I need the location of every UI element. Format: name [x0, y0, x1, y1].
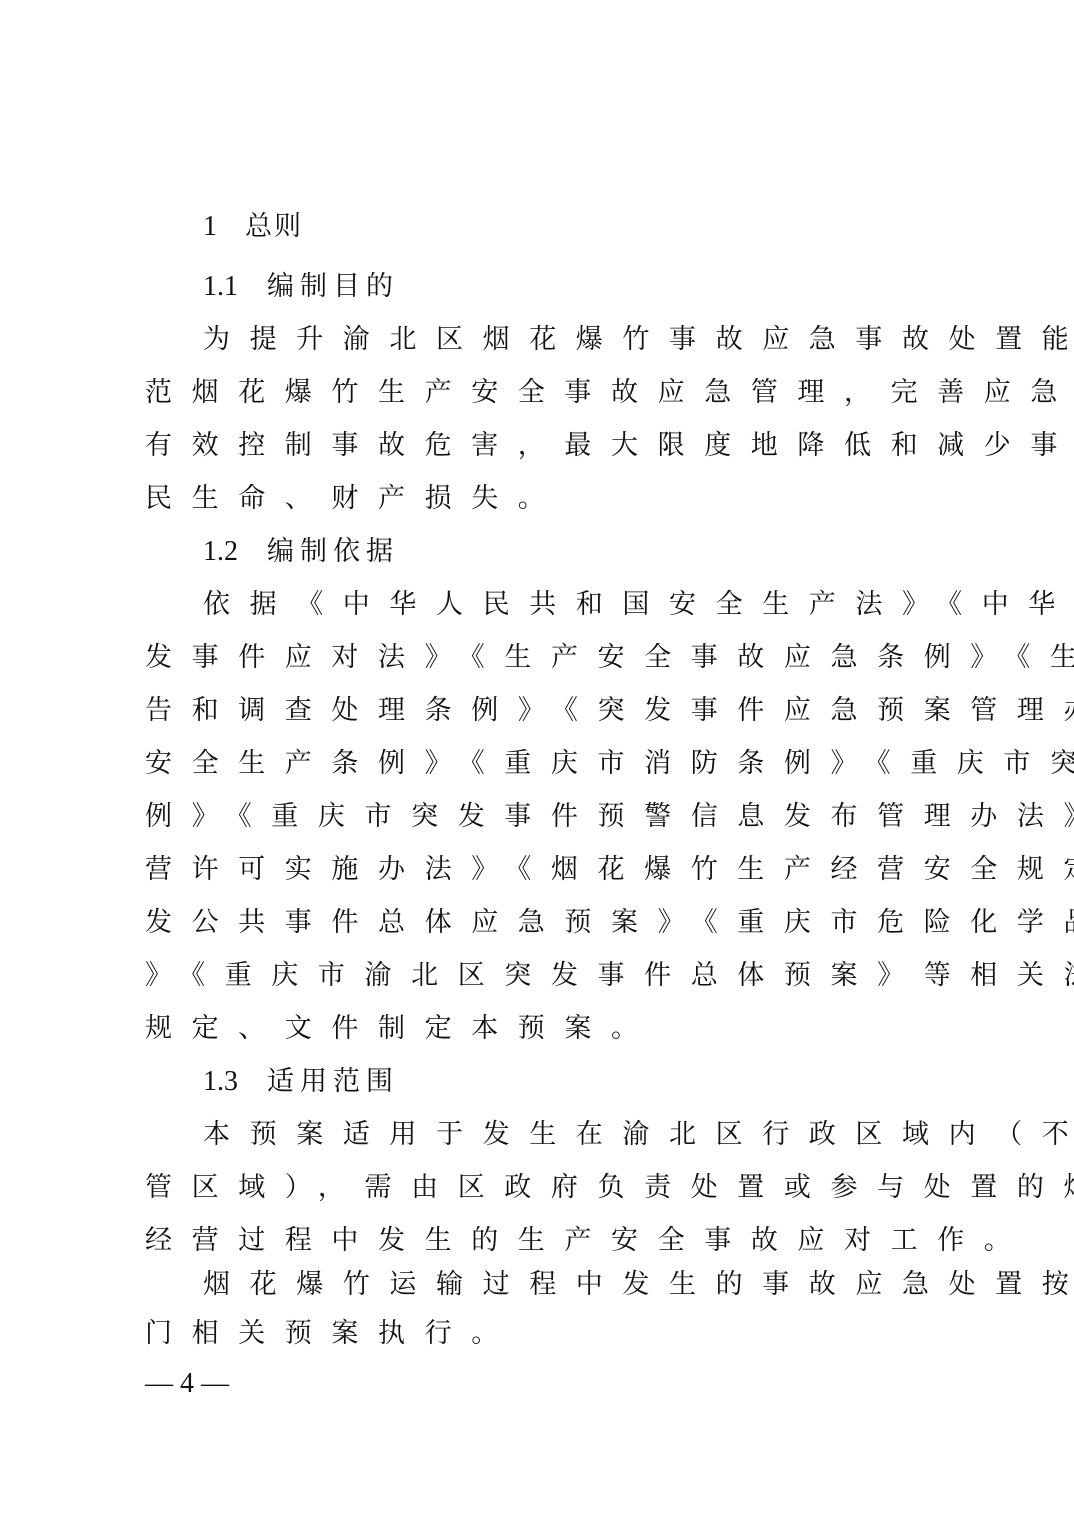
paragraph-line: 发公共事件总体应急预案》《重庆市危险化学品事故应急预案	[145, 903, 945, 943]
section-number: 1.2	[203, 532, 267, 572]
paragraph-line: 发事件应对法》《生产安全事故应急条例》《生产安全事故报	[145, 638, 945, 678]
paragraph-line: 营许可实施办法》《烟花爆竹生产经营安全规定》《重庆市突	[145, 850, 945, 890]
paragraph-line: 范烟花爆竹生产安全事故应急管理，完善应急救援体系，迅速	[145, 373, 945, 413]
section-title: 适用范围	[267, 1066, 399, 1097]
page-number: — 4 —	[145, 1364, 229, 1404]
paragraph-line: 为提升渝北区烟花爆竹事故应急事故处置能力，进一步规	[203, 320, 1003, 360]
section-number: 1.1	[203, 267, 267, 307]
paragraph-line: 本预案适用于发生在渝北区行政区域内（不含两江新区直	[203, 1115, 1003, 1155]
document-page: 1总则 1.1编制目的 为提升渝北区烟花爆竹事故应急事故处置能力，进一步规 范烟…	[0, 0, 1074, 1520]
section-1-1-heading: 1.1编制目的	[203, 267, 399, 307]
section-number: 1	[203, 207, 245, 247]
section-title: 总则	[245, 211, 303, 242]
paragraph-line: 门相关预案执行。	[145, 1314, 945, 1354]
paragraph-line: 安全生产条例》《重庆市消防条例》《重庆市突发事件应对条	[145, 744, 945, 784]
paragraph-line: 有效控制事故危害，最大限度地降低和减少事故灾难造成的人	[145, 426, 945, 466]
paragraph-line: 民生命、财产损失。	[145, 479, 945, 519]
paragraph-line: 告和调查处理条例》《突发事件应急预案管理办法》《重庆市	[145, 691, 945, 731]
section-title: 编制依据	[267, 536, 399, 567]
paragraph-line: 依据《中华人民共和国安全生产法》《中华人民共和国突	[203, 585, 1003, 625]
paragraph-line: 烟花爆竹运输过程中发生的事故应急处置按照交通运输部	[203, 1265, 1003, 1305]
section-1-3-heading: 1.3适用范围	[203, 1062, 399, 1102]
paragraph-line: 规定、文件制定本预案。	[145, 1009, 945, 1049]
section-1-2-heading: 1.2编制依据	[203, 532, 399, 572]
paragraph-line: 经营过程中发生的生产安全事故应对工作。	[145, 1221, 945, 1261]
section-number: 1.3	[203, 1062, 267, 1102]
section-1-heading: 1总则	[203, 207, 303, 247]
paragraph-line: 管区域），需由区政府负责处置或参与处置的烟花爆竹储存、	[145, 1168, 945, 1208]
section-title: 编制目的	[267, 271, 399, 302]
paragraph-line: 例》《重庆市突发事件预警信息发布管理办法》《烟花爆竹经	[145, 797, 945, 837]
paragraph-line: 》《重庆市渝北区突发事件总体预案》等相关法律法规及相关	[145, 956, 945, 996]
